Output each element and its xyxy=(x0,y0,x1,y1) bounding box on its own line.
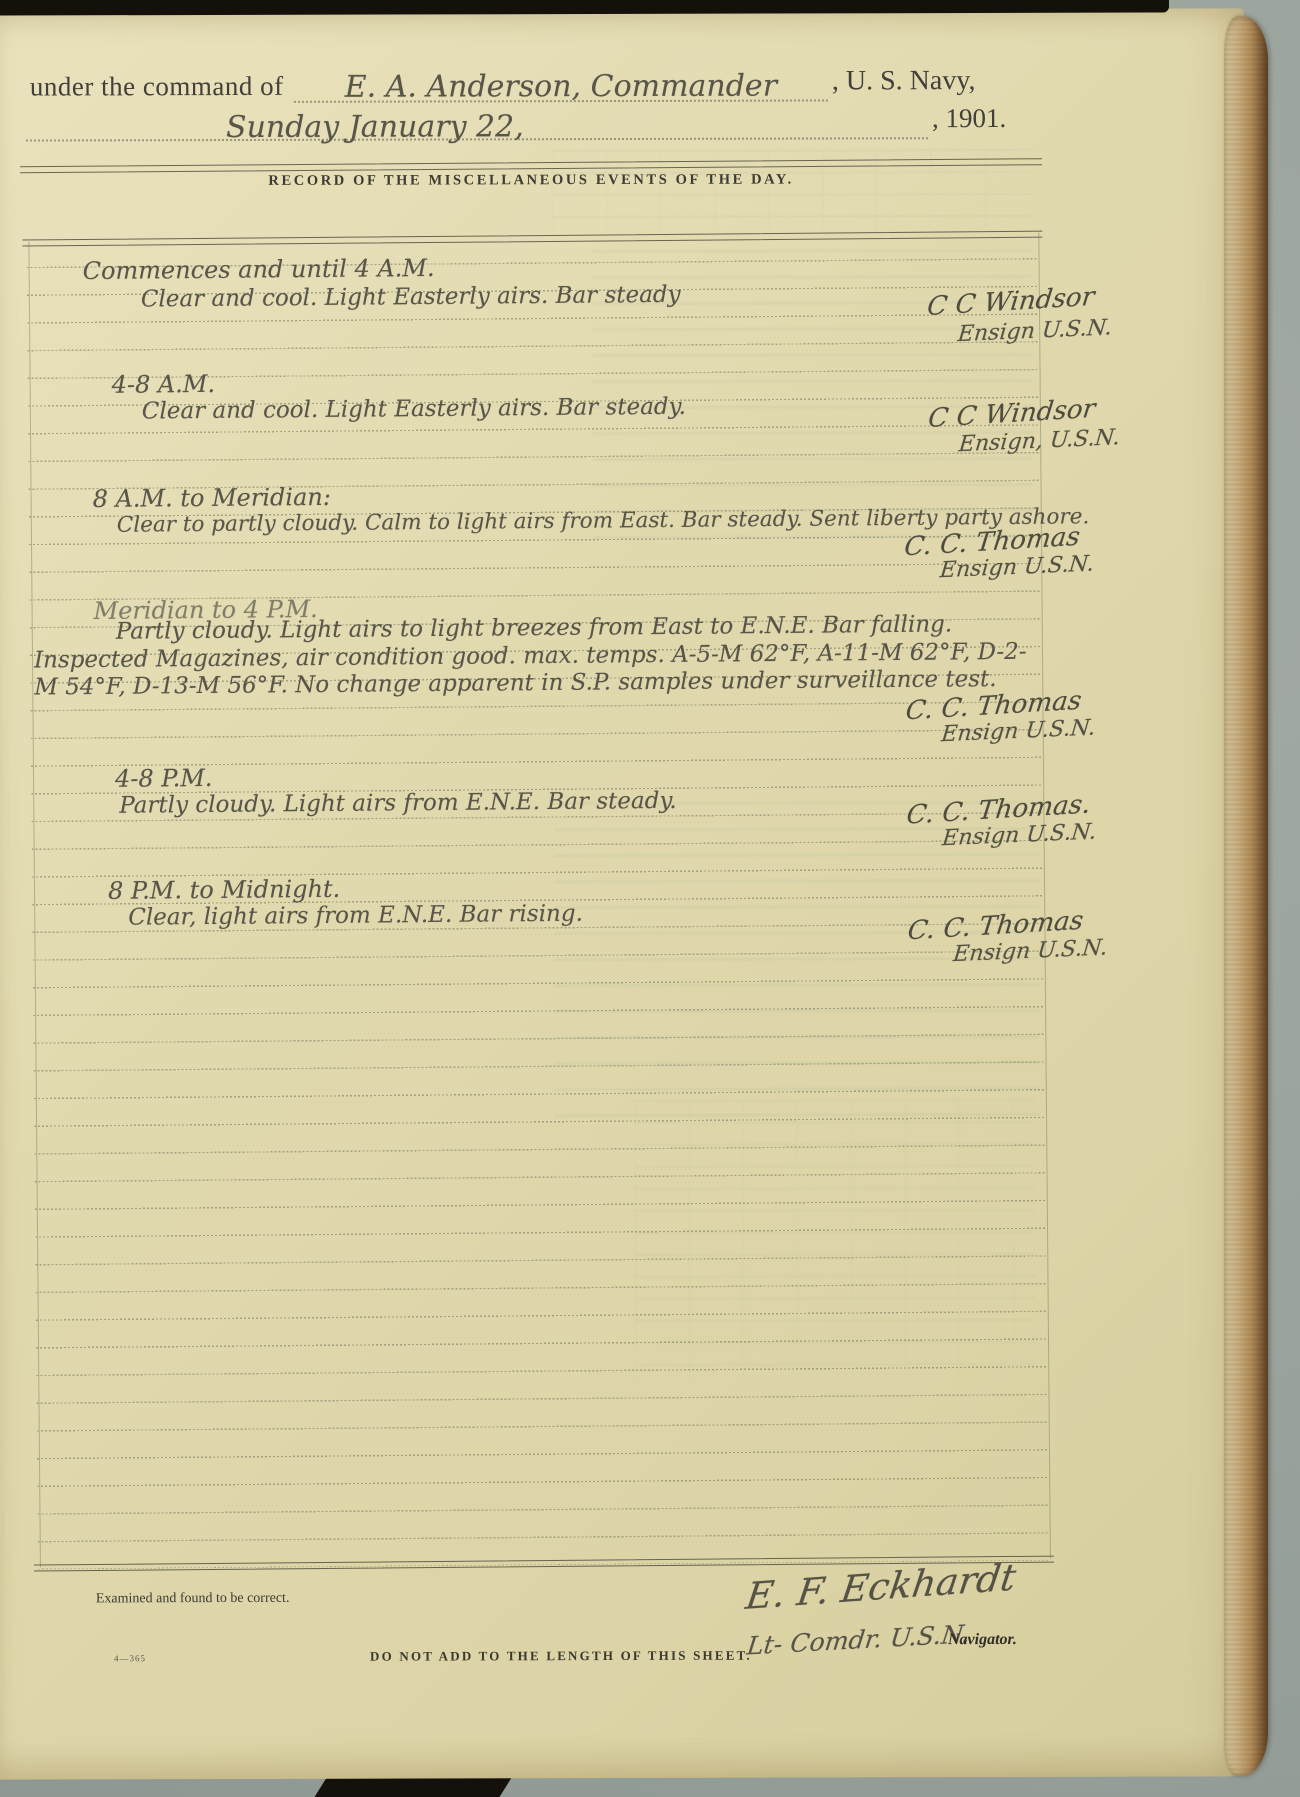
logbook-paper: under the command of E. A. Anderson, Com… xyxy=(0,8,1248,1779)
scanned-logbook-page: under the command of E. A. Anderson, Com… xyxy=(0,0,1300,1797)
entry-heading: 4-8 A.M. xyxy=(112,370,216,399)
entry-body: Partly cloudy. Light airs to light breez… xyxy=(34,611,1037,703)
entry-body: Partly cloudy. Light airs from E.N.E. Ba… xyxy=(119,788,677,819)
examined-text: Examined and found to be correct. xyxy=(96,1591,290,1608)
command-prefix-text: under the command of xyxy=(30,71,284,103)
us-navy-text: , U. S. Navy, xyxy=(832,65,976,97)
entry-heading: Commences and until 4 A.M. xyxy=(83,254,435,285)
entry-heading: 8 A.M. to Meridian: xyxy=(93,483,331,513)
entry-heading: 8 P.M. to Midnight. xyxy=(108,875,340,905)
events-area: Commences and until 4 A.M. Clear and coo… xyxy=(22,219,1054,1580)
commander-name-line: E. A. Anderson, Commander xyxy=(294,67,828,102)
entry-signature-rank: Ensign U.S.N. xyxy=(941,820,1097,852)
year-text: , 1901. xyxy=(932,103,1006,134)
page-stack-edge xyxy=(1224,16,1268,1776)
entry-signature-rank: Ensign U.S.N. xyxy=(957,315,1113,347)
entry-body: Clear and cool. Light Easterly airs. Bar… xyxy=(141,282,681,313)
entry-signature-rank: Ensign U.S.N. xyxy=(952,935,1108,967)
entry-signature-rank: Ensign U.S.N. xyxy=(939,552,1095,584)
date-line: Sunday January 22, xyxy=(26,105,928,141)
date-handwriting: Sunday January 22, xyxy=(226,109,524,145)
do-not-add-instruction: DO NOT ADD TO THE LENGTH OF THIS SHEET. xyxy=(56,1647,1066,1666)
entry-signature-rank: Ensign U.S.N. xyxy=(940,716,1096,748)
entry-heading: 4-8 P.M. xyxy=(115,764,213,793)
entry-body: Clear and cool. Light Easterly airs. Bar… xyxy=(142,394,686,425)
commander-name-handwriting: E. A. Anderson, Commander xyxy=(294,68,828,104)
entry-body: Clear, light airs from E.N.E. Bar rising… xyxy=(128,901,583,931)
section-title: RECORD OF THE MISCELLANEOUS EVENTS OF TH… xyxy=(22,171,1040,191)
